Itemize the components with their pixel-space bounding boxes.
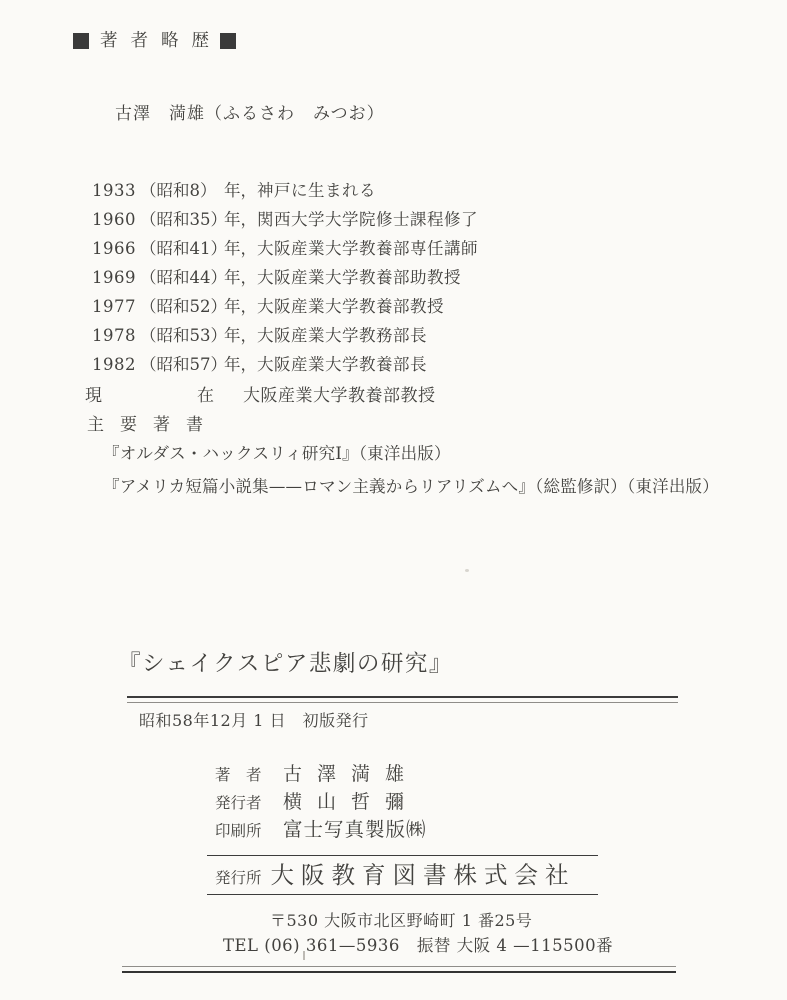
timeline-event: 関西大学大学院修士課程修了: [257, 211, 478, 230]
timeline-year: 1933: [92, 182, 140, 201]
author-name: 古澤 満雄（ふるさわ みつお）: [115, 105, 385, 125]
credit-value: 横山哲彌: [283, 792, 419, 814]
work-item: 『アメリカ短篇小説集——ロマン主義からリアリズムへ』（総監修訳）（東洋出版）: [103, 478, 719, 497]
publisher-row: 発行所 大阪教育図書株式会社: [215, 862, 576, 889]
career-timeline: 1933 （昭和8） 年， 神戸に生まれる 1960 （昭和35） 年， 関西大…: [92, 182, 478, 385]
timeline-year-suffix: 年，: [224, 298, 257, 317]
timeline-era: （昭和35）: [140, 211, 224, 230]
author-bio-header: 著者略歴: [73, 31, 236, 51]
timeline-event: 大阪産業大学教養部長: [257, 356, 427, 375]
timeline-year-suffix: 年，: [224, 327, 257, 346]
credits-block: 著 者 古澤満雄 発行者 横山哲彌 印刷所 富士写真製版㈱: [215, 764, 427, 847]
timeline-row: 1982 （昭和57） 年， 大阪産業大学教養部長: [92, 356, 478, 385]
black-square-icon: [73, 33, 89, 49]
timeline-year-suffix: 年，: [224, 211, 257, 230]
timeline-row: 1960 （昭和35） 年， 関西大学大学院修士課程修了: [92, 211, 478, 240]
timeline-year-suffix: 年，: [224, 356, 257, 375]
timeline-year: 1978: [92, 327, 140, 346]
publisher-name: 大阪教育図書株式会社: [271, 862, 576, 889]
publisher-phone: TEL (06) 361—5936 振替 大阪 4 —115500番: [223, 937, 613, 956]
timeline-row: 1977 （昭和52） 年， 大阪産業大学教養部教授: [92, 298, 478, 327]
timeline-row: 1966 （昭和41） 年， 大阪産業大学教養部専任講師: [92, 240, 478, 269]
timeline-year: 1969: [92, 269, 140, 288]
credit-row-publisher-person: 発行者 横山哲彌: [215, 792, 427, 820]
timeline-era: （昭和8）: [140, 182, 224, 201]
book-colophon-page: 著者略歴 古澤 満雄（ふるさわ みつお） 1933 （昭和8） 年， 神戸に生ま…: [0, 0, 787, 1000]
timeline-year: 1966: [92, 240, 140, 259]
credit-value: 富士写真製版㈱: [283, 819, 427, 841]
timeline-era: （昭和57）: [140, 356, 224, 375]
title-divider-rule-thin: [127, 702, 678, 703]
work-item: 『オルダス・ハックスリィ研究Ⅰ』（東洋出版）: [103, 445, 451, 464]
credit-value: 古澤満雄: [283, 764, 419, 786]
timeline-era: （昭和41）: [140, 240, 224, 259]
timeline-era: （昭和44）: [140, 269, 224, 288]
publisher-rule-bottom: [207, 894, 598, 895]
major-works-header: 主要著書: [87, 416, 219, 436]
publisher-rule-top: [207, 855, 598, 856]
timeline-year: 1977: [92, 298, 140, 317]
bottom-rule-thin: [122, 966, 676, 967]
black-square-icon: [220, 33, 236, 49]
scan-artifact-dot: [465, 569, 469, 572]
edition-date: 昭和58年12月 1 日 初版発行: [139, 712, 369, 730]
current-position-value: 大阪産業大学教養部教授: [243, 387, 436, 407]
bottom-rule-thick: [122, 971, 676, 973]
title-divider-rule-thick: [127, 696, 678, 698]
timeline-era: （昭和52）: [140, 298, 224, 317]
credit-label: 印刷所: [215, 823, 265, 841]
timeline-year-suffix: 年，: [224, 269, 257, 288]
credit-row-author: 著 者 古澤満雄: [215, 764, 427, 792]
timeline-year: 1982: [92, 356, 140, 375]
current-label-left: 現: [85, 386, 102, 406]
timeline-year: 1960: [92, 211, 140, 230]
credit-label: 著 者: [215, 767, 265, 785]
credit-row-printer: 印刷所 富士写真製版㈱: [215, 819, 427, 847]
timeline-event: 大阪産業大学教養部教授: [257, 298, 444, 317]
credit-label: 発行者: [215, 795, 265, 813]
publisher-address: 〒530 大阪市北区野崎町 1 番25号: [270, 912, 532, 930]
timeline-row: 1978 （昭和53） 年， 大阪産業大学教務部長: [92, 327, 478, 356]
current-position-row: 現 在 大阪産業大学教養部教授: [85, 387, 685, 409]
timeline-row: 1933 （昭和8） 年， 神戸に生まれる: [92, 182, 478, 211]
timeline-event: 大阪産業大学教養部助教授: [257, 269, 461, 288]
publisher-label: 発行所: [215, 870, 262, 888]
timeline-year-suffix: 年，: [224, 240, 257, 259]
timeline-era: （昭和53）: [140, 327, 224, 346]
timeline-year-suffix: 年，: [224, 182, 257, 201]
bio-header-title: 著者略歴: [100, 31, 222, 51]
timeline-event: 大阪産業大学教務部長: [257, 327, 427, 346]
timeline-row: 1969 （昭和44） 年， 大阪産業大学教養部助教授: [92, 269, 478, 298]
timeline-event: 大阪産業大学教養部専任講師: [257, 240, 478, 259]
book-title: 『シェイクスピア悲劇の研究』: [118, 652, 453, 678]
timeline-event: 神戸に生まれる: [257, 182, 376, 201]
current-label-right: 在: [197, 387, 214, 407]
